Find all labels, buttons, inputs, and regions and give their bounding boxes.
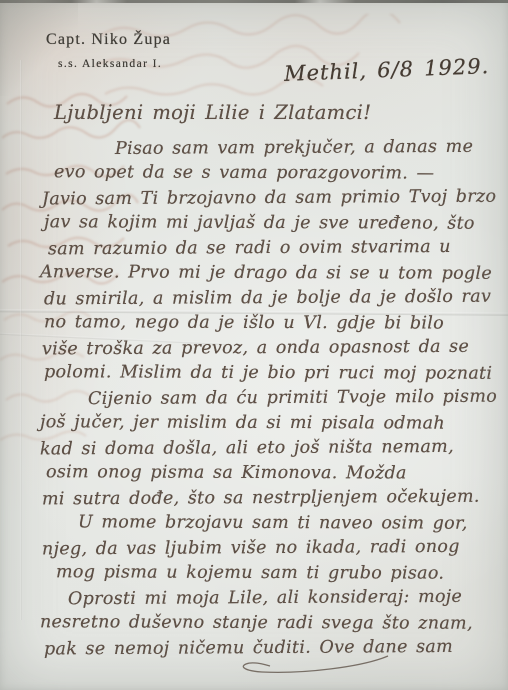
- letter-scan-page: Capt. Niko Župa s.s. Aleksandar I. Methi…: [0, 0, 508, 690]
- letter-line: osim onog pisma sa Kimonova. Možda: [40, 460, 504, 487]
- letter-line: kad si doma došla, ali eto još ništa nem…: [40, 435, 504, 463]
- letter-line: sam razumio da se radi o ovim stvarima u: [40, 235, 504, 263]
- pen-flourish: [236, 653, 396, 679]
- letter-line: du smirila, a mislim da je bolje da je d…: [40, 285, 504, 313]
- letter-line: više troška za prevoz, a onda opasnost d…: [40, 335, 504, 363]
- letter-line: Pisao sam vam prekjučer, a danas me: [40, 135, 504, 163]
- letterhead-name: Capt. Niko Župa: [46, 31, 171, 49]
- letter-line: još jučer, jer mislim da si mi pisala od…: [40, 410, 504, 437]
- letter-line: evo opet da se s vama porazgovorim. —: [40, 160, 504, 187]
- scan-edge: [0, 0, 508, 3]
- vertical-crease: [20, 60, 22, 620]
- letter-line: Anverse. Prvo mi je drago da si se u tom…: [40, 260, 504, 287]
- letter-line: jav sa kojim mi javljaš da je sve uređen…: [40, 210, 504, 237]
- salutation: Ljubljeni moji Lilie i Zlatamci!: [54, 101, 371, 124]
- letter-line: nesretno duševno stanje radi svega što z…: [40, 610, 504, 637]
- letter-body: Pisao sam vam prekjučer, a danas meevo o…: [40, 136, 504, 661]
- date-line: Methil, 6/8 1929.: [284, 54, 490, 86]
- letter-line: no tamo, nego da je išlo u Vl. gdje bi b…: [40, 310, 504, 337]
- letterhead-ship: s.s. Aleksandar I.: [58, 58, 162, 70]
- letter-line: mi sutra dođe, što sa nestrpljenjem oček…: [40, 485, 504, 513]
- letter-line: Cijenio sam da ću primiti Tvoje milo pis…: [40, 385, 504, 413]
- letter-line: Oprosti mi moja Lile, ali konsideraj: mo…: [40, 585, 504, 613]
- letter-line: njeg, da vas ljubim više no ikada, radi …: [40, 535, 504, 563]
- letter-line: Javio sam Ti brzojavno da sam primio Tvo…: [40, 185, 504, 213]
- letter-line: polomi. Mislim da ti je bio pri ruci moj…: [40, 360, 504, 387]
- letter-line: U mome brzojavu sam ti naveo osim gor,: [40, 510, 504, 537]
- letter-line: mog pisma u kojemu sam ti grubo pisao.: [40, 560, 504, 587]
